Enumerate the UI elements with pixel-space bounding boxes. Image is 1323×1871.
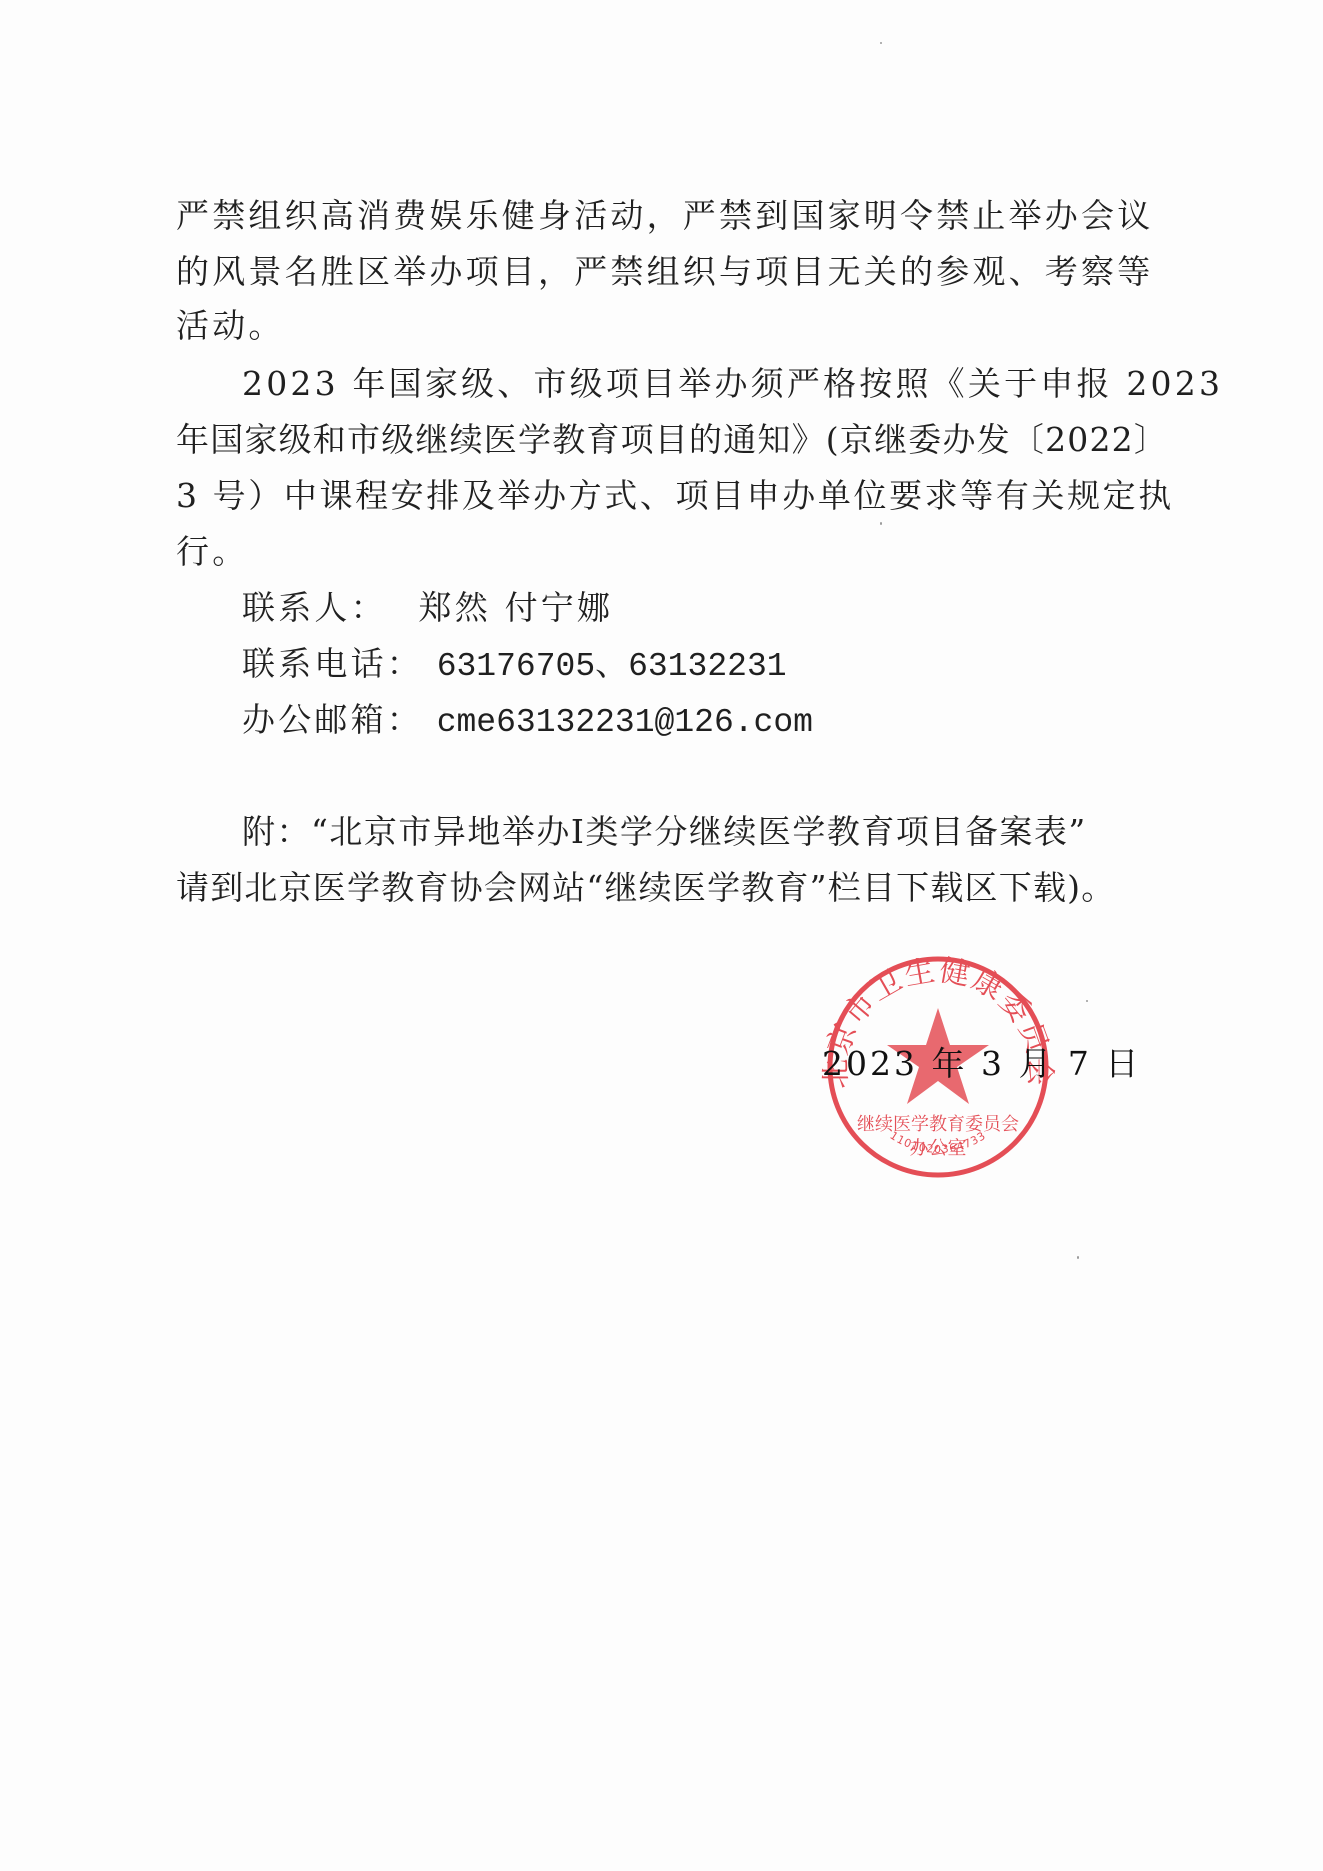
- scan-speck: [880, 42, 882, 44]
- scan-speck: [1086, 1000, 1088, 1002]
- contact-email: 办公邮箱： cme63132231@126.com: [242, 700, 1202, 743]
- attachment-line-1: 附：“北京市异地举办Ⅰ类学分继续医学教育项目备案表”: [242, 812, 1136, 852]
- contact-phone: 联系电话： 63176705、63132231: [242, 644, 1202, 687]
- contact-email-value: cme63132231@126.com: [437, 704, 813, 741]
- paragraph-1-line-2: 的风景名胜区举办项目，严禁组织与项目无关的参观、考察等: [176, 252, 1136, 292]
- contact-person-value: 郑然 付宁娜: [419, 588, 614, 627]
- document-page: 严禁组织高消费娱乐健身活动，严禁到国家明令禁止举办会议 的风景名胜区举办项目，严…: [0, 0, 1323, 1871]
- contact-phone-label: 联系电话：: [242, 644, 423, 683]
- paragraph-1-line-1: 严禁组织高消费娱乐健身活动，严禁到国家明令禁止举办会议: [176, 196, 1136, 236]
- paragraph-1-line-3: 活动。: [176, 306, 1136, 346]
- contact-person-label: 联系人：: [242, 588, 387, 627]
- svg-text:继续医学教育委员会: 继续医学教育委员会: [857, 1114, 1019, 1135]
- contact-person: 联系人： 郑然 付宁娜: [242, 588, 1202, 628]
- scan-speck: [1077, 1256, 1079, 1259]
- attachment-line-2: 请到北京医学教育协会网站“继续医学教育”栏目下载区下载)。: [176, 868, 1136, 908]
- paragraph-2-line-4: 行。: [176, 532, 1136, 572]
- paragraph-2-line-3: 3 号）中课程安排及举办方式、项目申办单位要求等有关规定执: [176, 476, 1136, 516]
- contact-phone-value: 63176705、63132231: [437, 648, 787, 685]
- scan-speck: [880, 522, 882, 525]
- paragraph-2-line-1: 2023 年国家级、市级项目举办须严格按照《关于申报 2023: [242, 364, 1136, 404]
- paragraph-2-line-2: 年国家级和市级继续医学教育项目的通知》(京继委办发〔2022〕: [176, 420, 1136, 460]
- contact-email-label: 办公邮箱：: [242, 700, 423, 739]
- document-date: 2023 年 3 月 7 日: [822, 1044, 1141, 1084]
